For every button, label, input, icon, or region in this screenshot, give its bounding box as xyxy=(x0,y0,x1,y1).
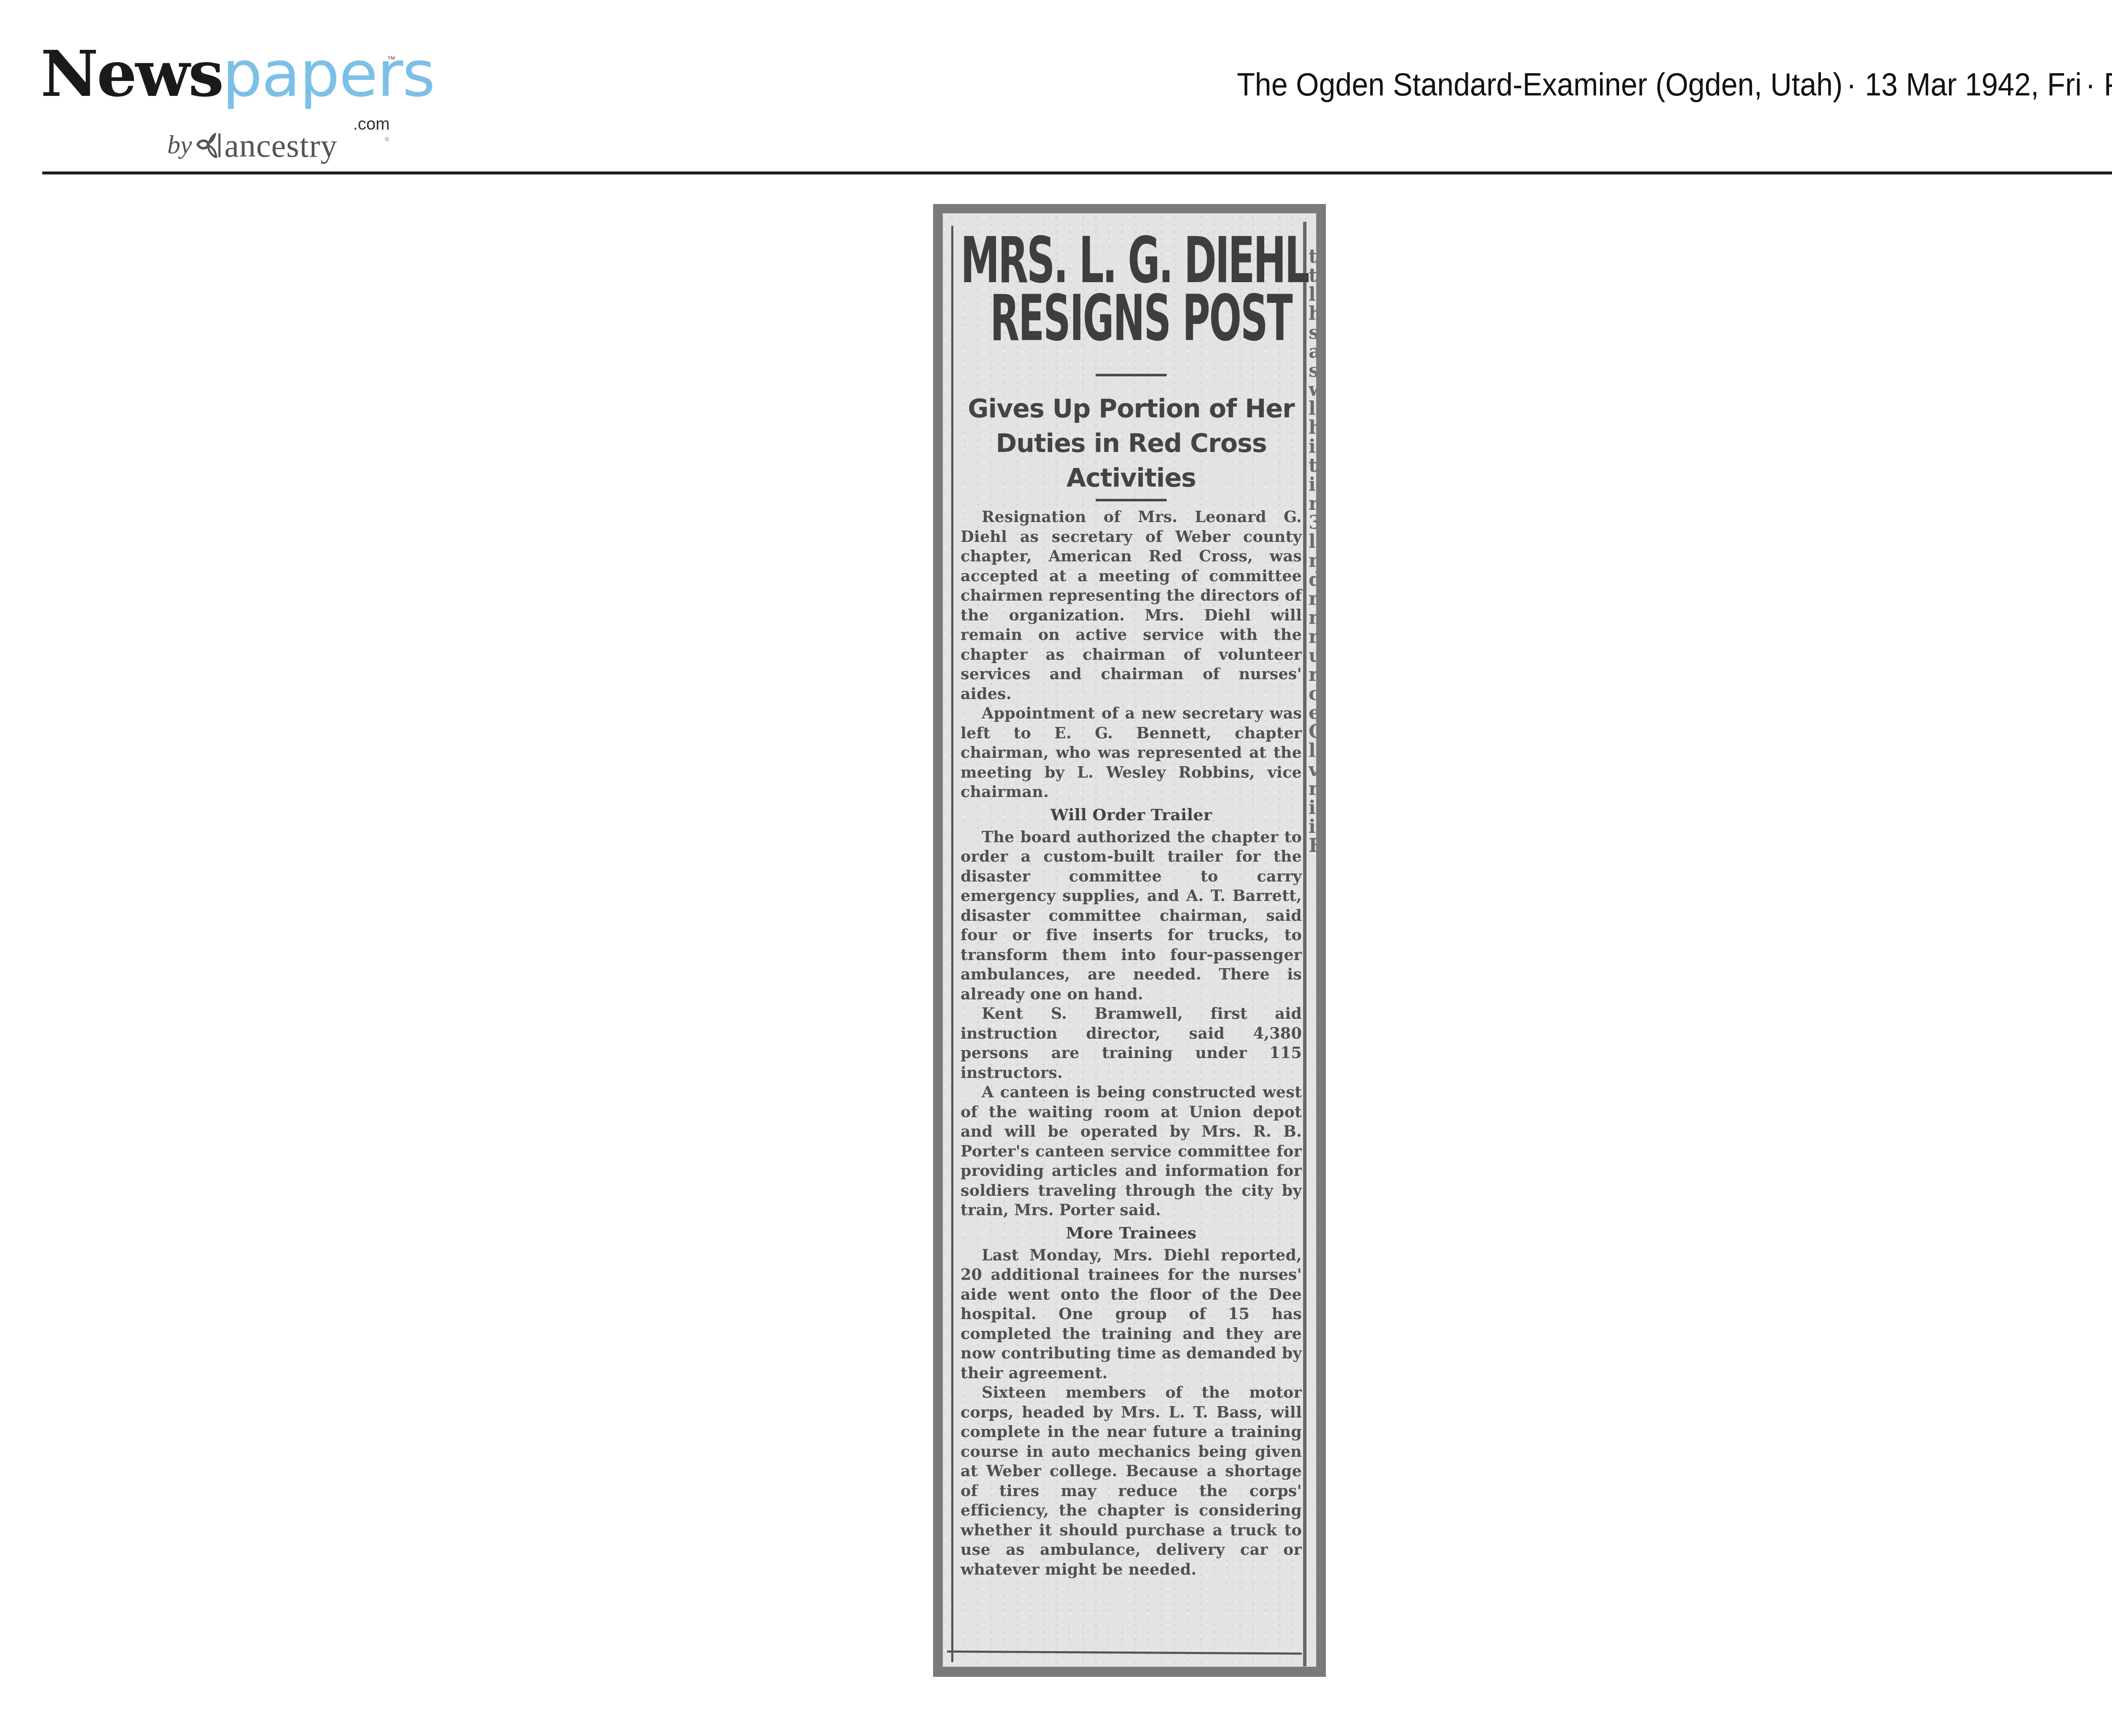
newspapers-by-ancestry-logo[interactable]: Newspapers ™ .com by ancestry ® xyxy=(41,42,400,152)
separator-dot: · xyxy=(1843,67,1865,103)
logo-registered: ® xyxy=(385,136,389,143)
headline-line-2: RESIGNS POST xyxy=(990,288,1177,349)
logo-by-text: by xyxy=(167,130,192,160)
citation-line: The Ogden Standard-Examiner (Ogden, Utah… xyxy=(1237,66,2112,104)
logo-ancestry-text: ancestry xyxy=(224,127,337,165)
paragraph: Resignation of Mrs. Leonard G. Diehl as … xyxy=(961,507,1302,704)
logo-trademark: ™ xyxy=(387,55,395,65)
column-rule-left xyxy=(951,226,953,1662)
paragraph: Last Monday, Mrs. Diehl reported, 20 add… xyxy=(961,1246,1302,1383)
article-body: Resignation of Mrs. Leonard G. Diehl as … xyxy=(961,507,1302,1579)
paragraph: Sixteen members of the motor corps, head… xyxy=(961,1383,1302,1579)
subhead-more-trainees: More Trainees xyxy=(961,1221,1302,1245)
paragraph: A canteen is being constructed west of t… xyxy=(961,1083,1302,1220)
subhead-will-order-trailer: Will Order Trailer xyxy=(961,803,1302,827)
header-divider xyxy=(42,171,2112,174)
logo-news-text: News xyxy=(41,37,222,111)
page-number: Page 13 xyxy=(2104,67,2112,103)
article-end-rule xyxy=(947,1650,1302,1654)
deck-subheadline: Gives Up Portion of Her Duties in Red Cr… xyxy=(961,392,1302,495)
paragraph: Appointment of a new secretary was left … xyxy=(961,704,1302,802)
ancestry-leaf-icon xyxy=(196,132,221,158)
clipping-frame: ttlhsaswlhitir3lrdrnrurceClvriiF MRS. L.… xyxy=(933,204,1326,1677)
paragraph: The board authorized the chapter to orde… xyxy=(961,827,1302,1004)
adjacent-column-fragments: ttlhsaswlhitir3lrdrnrurceClvriiF xyxy=(1309,247,1316,1641)
headline-divider xyxy=(1096,374,1167,376)
deck-divider xyxy=(1096,499,1167,501)
publication-date: 13 Mar 1942, Fri xyxy=(1865,67,2082,103)
article: MRS. L. G. DIEHL RESIGNS POST Gives Up P… xyxy=(961,230,1302,1579)
logo-dotcom: .com xyxy=(353,115,390,134)
newspaper-clipping: ttlhsaswlhitir3lrdrnrurceClvriiF MRS. L.… xyxy=(943,213,1316,1667)
column-rule-right xyxy=(1303,222,1306,1666)
logo-wordmark: Newspapers xyxy=(41,42,435,106)
logo-papers-text: papers xyxy=(222,38,434,111)
paragraph: Kent S. Bramwell, first aid instruction … xyxy=(961,1004,1302,1083)
separator-dot: · xyxy=(2082,67,2104,103)
publication-name: The Ogden Standard-Examiner (Ogden, Utah… xyxy=(1237,67,1843,103)
